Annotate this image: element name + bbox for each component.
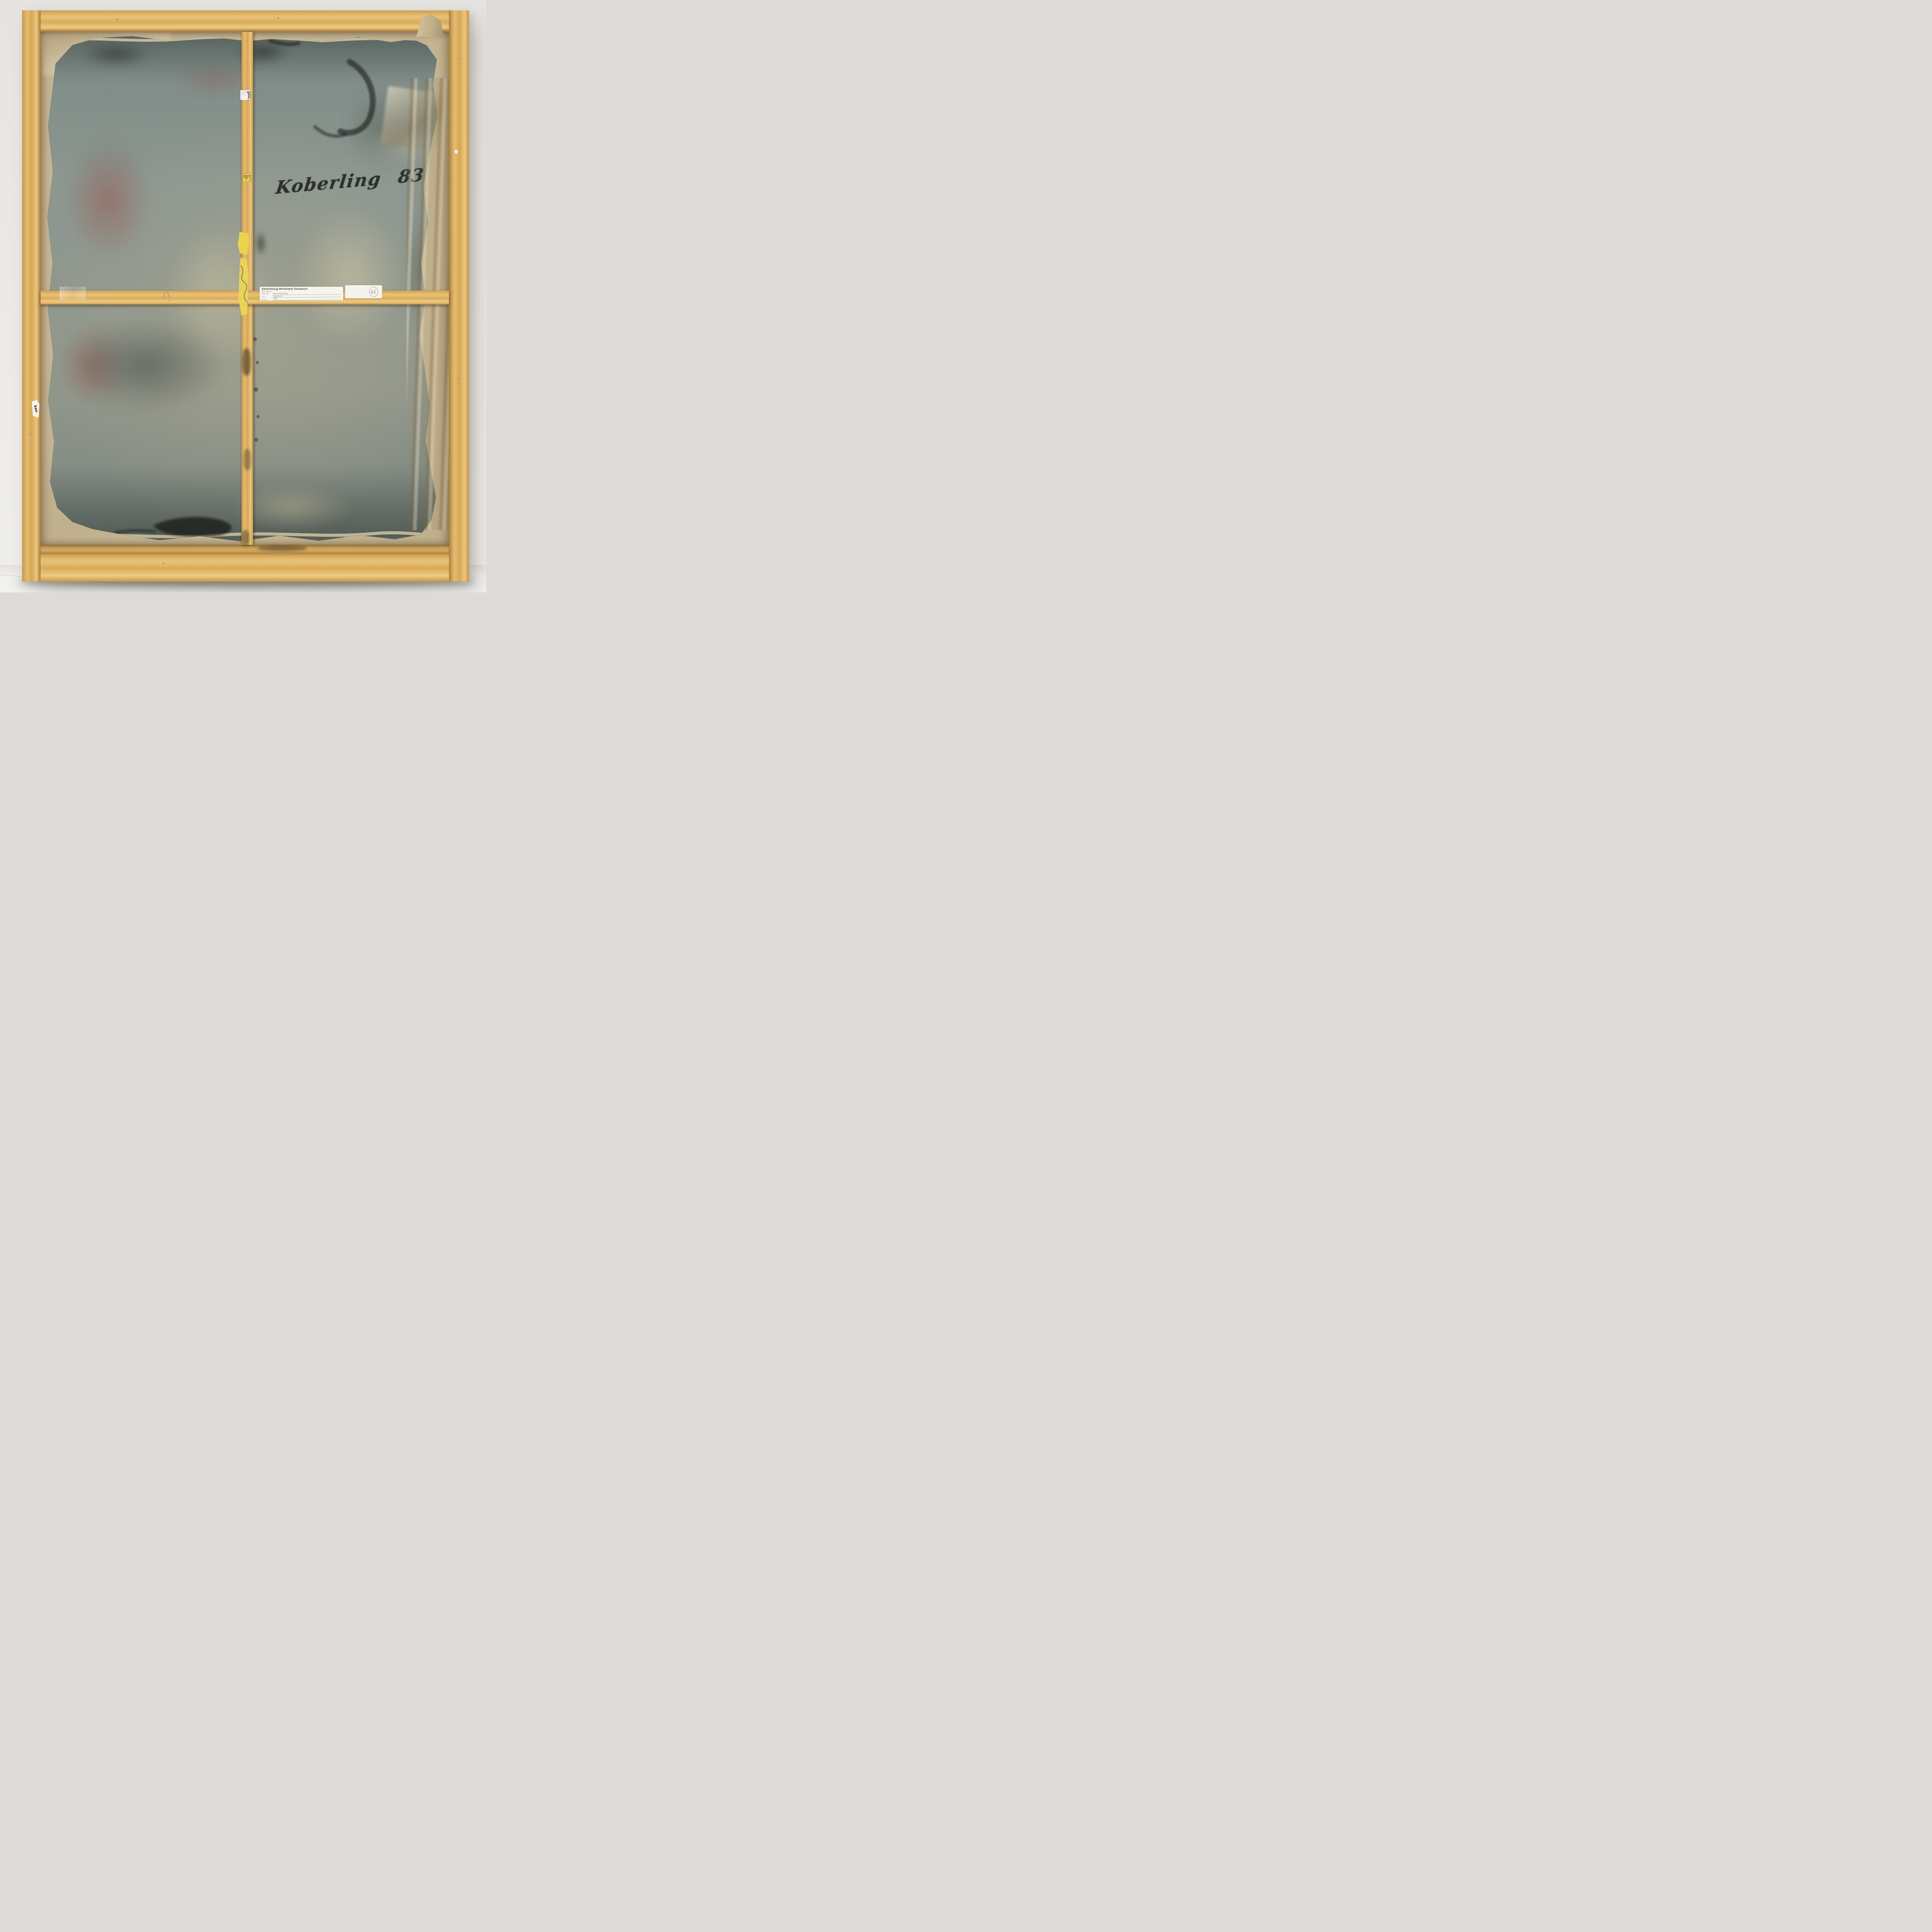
- torn-yellow-label-lower: [238, 258, 248, 316]
- pencil-marks-on-crossbar: [162, 291, 172, 303]
- stretcher-bar-bottom-lip: [41, 545, 449, 553]
- stretcher-frame: Koberling 83 THE NATIONAL MUSEUM OF CONT…: [22, 10, 469, 582]
- exhibition-title-line2: brauchte Blick: [243, 175, 246, 181]
- collection-field-row: TITEL Vogelbaum: [262, 295, 341, 298]
- museum-label-title: THE NATIONAL MUSEUM OF CONTEMPORARY ART: [246, 91, 250, 100]
- small-round-sticker: ×: [454, 150, 458, 154]
- dirt-mark-lip-center: [257, 546, 307, 551]
- screw: [162, 562, 164, 564]
- museum-label-artist: Bernd Koberling: [243, 91, 244, 99]
- nail-hole: [29, 433, 31, 435]
- exhibition-label-left: Ausstellung Der unver- brauchte Blick Be…: [243, 175, 250, 181]
- circled-number: 39: [368, 286, 379, 297]
- photograph-painting-verso: Koberling 83 THE NATIONAL MUSEUM OF CONT…: [0, 0, 486, 592]
- exhibition-city: Berlin: [243, 175, 243, 181]
- drip-dots-center: [253, 337, 260, 442]
- collection-label-header: Sammlung Reinhard Onnasch: [262, 287, 341, 291]
- museum-label-owner: Reinhard Onnasch, Berlin: [241, 91, 242, 99]
- stretcher-bar-left: kan: [22, 10, 41, 582]
- brush-mark-top-right-hook: [340, 62, 373, 133]
- paint-splotch-bottom: [153, 517, 231, 537]
- nail-hole: [457, 378, 459, 379]
- stretcher-bar-bottom: [22, 553, 469, 582]
- exhibition-label-card: Ausstellung Der unver- brauchte Blick Be…: [243, 174, 251, 182]
- screw: [277, 17, 279, 19]
- handwritten-scribble: [238, 258, 248, 316]
- smudge-on-crossbar-1: [242, 349, 251, 376]
- exhibition-title-line1: Der unver-: [247, 175, 249, 181]
- collection-label: Sammlung Reinhard Onnasch Berlin – Münch…: [260, 287, 343, 301]
- exhibition-label: Ausstellung Der unver- brauchte Blick Be…: [243, 158, 251, 198]
- clear-tape-piece: [60, 287, 86, 300]
- museum-label-header: THE NATIONAL MUSEUM OF CONTEMPORARY ART: [246, 91, 250, 99]
- brush-mark-top-center: [270, 41, 298, 44]
- field-key-datum: DATUM: [262, 299, 272, 300]
- sticker-fragment-text: kan: [33, 405, 38, 412]
- museum-label-period: 26.6.-17.9.97: [245, 91, 246, 99]
- stretcher-bar-right: [449, 10, 469, 582]
- screw: [116, 18, 118, 20]
- torn-sticker-fragment: kan: [32, 400, 39, 418]
- smudge-on-crossbar-2: [244, 449, 251, 470]
- field-key-titel: TITEL: [262, 296, 272, 298]
- stretcher-bar-top: [41, 10, 449, 32]
- collection-field-row: KÜNSTLER Bernd Koberling: [262, 293, 341, 295]
- collection-field-row: DATUM 1983: [262, 298, 341, 300]
- nail-hole: [459, 57, 461, 59]
- museum-label: THE NATIONAL MUSEUM OF CONTEMPORARY ART …: [240, 85, 250, 105]
- museum-label-work-title: Vogelbaum: [242, 91, 243, 99]
- field-key-kuenstler: KÜNSTLER: [262, 293, 272, 295]
- smudge-on-crossbar-3: [241, 530, 249, 546]
- number-label: 39: [345, 285, 382, 298]
- museum-label-card: THE NATIONAL MUSEUM OF CONTEMPORARY ART …: [240, 90, 250, 100]
- paint-streak-bottom-left: [116, 531, 155, 532]
- field-value-datum: 1983: [273, 298, 341, 301]
